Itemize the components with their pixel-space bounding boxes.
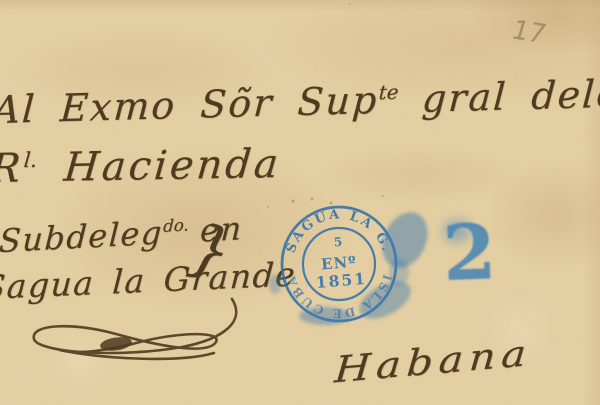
rate-mark-2: 2: [441, 207, 497, 298]
letter-cover-scan: 17 Al Exmo Sõr Supte gral delegdo Rl. Ha…: [0, 0, 600, 405]
address-line-2-text: R: [0, 145, 25, 192]
address-line-1: Al Exmo Sõr Supte gral delegdo: [0, 70, 600, 132]
pencil-annotation: 17: [508, 16, 550, 50]
address-line-2: Rl. Hacienda: [0, 141, 283, 192]
address-line-3-text: Subdeleg: [0, 213, 164, 260]
postmark-smudge-right: [389, 258, 409, 286]
postmark-stamp: SAGUA LA G. ISLA DE CUBA 5 ENº 1851: [253, 188, 437, 340]
address-line-1-text: Al Exmo Sõr Sup: [0, 78, 380, 132]
signature-flourish: [10, 295, 260, 400]
postmark-day: 5: [333, 235, 343, 250]
address-line-2-text-b: Hacienda: [34, 141, 283, 191]
postmark-smudge-left: [269, 274, 281, 294]
address-line-1-superscript-te: te: [378, 81, 399, 105]
address-line-3-superscript-do: do.: [163, 215, 190, 235]
flourish-stroke: [34, 299, 236, 353]
address-line-1-text-b: gral deleg: [397, 71, 600, 122]
postmark-year: 1851: [315, 269, 368, 292]
postmark-smudge-bottom: [299, 307, 351, 325]
destination-habana: Habana: [333, 333, 533, 392]
